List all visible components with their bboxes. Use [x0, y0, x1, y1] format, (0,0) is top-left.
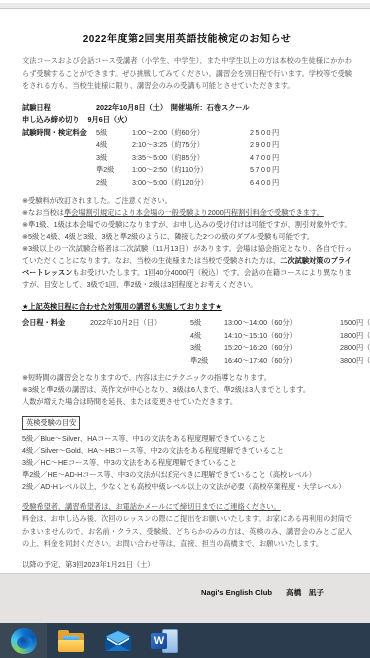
next-exam-line: 以降の予定、第3回2023年1月21日（土） — [22, 559, 352, 571]
time-cell: 3:35～5:00（約85分） — [132, 152, 250, 165]
fee-cell: 2500円 — [250, 127, 281, 140]
course-table-row: 会日程・料金 2022年10月2日（日） 5級 13:00～14:00（60分）… — [22, 317, 352, 330]
level-cell: 3級 — [190, 342, 224, 355]
contact-line: 受験希望者、講習希望者は、お電話かメールにて締切日までにご連絡ください。 — [22, 501, 352, 513]
document-title: 2022年度第2回実用英語技能検定のお知らせ — [22, 33, 352, 46]
document-page[interactable]: 2022年度第2回実用英語技能検定のお知らせ 文法コースおよび会話コース受講者（… — [0, 9, 370, 573]
deadline-line: 申し込み締め切り 9月6日（火） — [22, 114, 352, 127]
time-cell: 1:00～2:00（約60分） — [132, 127, 250, 140]
exam-schedule-line: 試験日程 2022年10月8日（土） 開催場所：石巻スクール — [22, 102, 352, 115]
exam-schedule-label: 試験日程 — [22, 102, 96, 115]
note-fee-revised: ※受験料が改訂されました。ご注意ください。 — [22, 195, 352, 207]
fee-cell: 4700円 — [250, 152, 281, 165]
guide-heading: 英検受験の目安 — [22, 416, 80, 430]
fee-table-label: 試験時間・検定料金 — [22, 127, 96, 140]
payment-paragraph: 料金は、お申し込み後、次回のレッスンの際にご提出をお願いいたします。お家にある再… — [22, 513, 352, 551]
fee-cell: 5700円 — [250, 164, 281, 177]
fee-table-row: 準2級 1:00～2:50（約110分） 5700円 — [22, 164, 352, 177]
fee-cell: 3800円（税込） — [340, 355, 370, 368]
taskbar: W — [0, 623, 370, 658]
level-cell: 4級 — [96, 139, 132, 152]
fee-table-row: 4級 2:10～3:25（約75分） 2900円 — [22, 139, 352, 152]
mail-icon — [105, 630, 131, 652]
level-cell: 4級 — [190, 330, 224, 343]
time-cell: 1:00～2:50（約110分） — [132, 164, 250, 177]
note-secondary: ※3級以上の一次試験合格者は二次試験（11月13日）があります。会場は協会指定と… — [22, 243, 352, 291]
note-pre1: ※準1級、1級は本会場での受験になりますが、お申し込みの受け付けは可能ですが、割… — [22, 219, 352, 231]
note-double-exam: ※5級と4級、4級と3級、3級と準2級のように、隣接した2つの級のダブル受験も可… — [22, 231, 352, 243]
course-table-row: 3級 15:20～16:20（60分） 2800円（税込） — [22, 342, 352, 355]
taskbar-edge-button[interactable] — [0, 623, 47, 658]
level-cell: 2級 — [96, 177, 132, 190]
level-cell: 準2級 — [96, 164, 132, 177]
taskbar-mail-button[interactable] — [94, 623, 141, 658]
time-cell: 16:40～17:40（60分） — [224, 355, 340, 368]
edge-icon — [11, 628, 37, 654]
level-cell: 3級 — [96, 152, 132, 165]
course-note-3: 人数が増えた場合は時間を延長、または変更させていただきます。 — [22, 396, 352, 408]
time-cell: 2:10～3:25（約75分） — [132, 139, 250, 152]
note-discount-underlined: 準会場割引規定により本会場の一般受験より2000円程割引料金で受験できます。 — [64, 208, 324, 217]
fee-table-row: 試験時間・検定料金 5級 1:00～2:00（約60分） 2500円 — [22, 127, 352, 140]
fee-cell: 2800円（税込） — [340, 342, 370, 355]
level-cell: 5級 — [190, 317, 224, 330]
course-date: 2022年10月2日（日） — [90, 317, 190, 330]
note-discount: ※なお当校は準会場割引規定により本会場の一般受験より2000円程割引料金で受験で… — [22, 207, 352, 219]
file-explorer-icon — [58, 631, 84, 652]
course-note-2: ※3級と準2級の講習は、英作文が中心となり、3級は6人まで、準2級は3人までとし… — [22, 384, 352, 396]
word-icon: W — [151, 629, 178, 653]
guide-item: 2級／AD-Hレベル以上、少なくとも高校中級レベル以上の文法が必要（高校卒業程度… — [22, 481, 352, 493]
exam-schedule-value: 2022年10月8日（土） 開催場所：石巻スクール — [96, 102, 250, 115]
deadline-label: 申し込み締め切り — [22, 114, 80, 127]
note-discount-prefix: ※なお当校は — [22, 208, 64, 217]
intro-paragraph: 文法コースおよび会話コース受講者（小学生、中学生）、また中学生以上の方は本校の生… — [22, 55, 352, 93]
taskbar-word-button[interactable]: W — [141, 623, 188, 658]
fee-cell: 6400円 — [250, 177, 281, 190]
course-note-1: ※短時間の講習会となりますので、内容は主にテクニックの指導となります。 — [22, 372, 352, 384]
signature-club-name: Nagi's English Club — [201, 587, 272, 599]
fee-cell: 2900円 — [250, 139, 281, 152]
fee-cell: 1800円（税込） — [340, 330, 370, 343]
guide-item: 5級／Blue～Silver、HAコース等、中1の文法をある程度理解できているこ… — [22, 433, 352, 445]
course-schedule-label: 会日程・料金 — [22, 317, 90, 330]
time-cell: 15:20～16:20（60分） — [224, 342, 340, 355]
fee-table-row: 3級 3:35～5:00（約85分） 4700円 — [22, 152, 352, 165]
signature-person-name: 高橋 凪子 — [286, 587, 324, 599]
window-chrome-strip — [0, 0, 370, 9]
course-table-row: 準2級 16:40～17:40（60分） 3800円（税込） — [22, 355, 352, 368]
course-table-row: 4級 14:10～15:10（60分） 1800円（税込） — [22, 330, 352, 343]
time-cell: 14:10～15:10（60分） — [224, 330, 340, 343]
course-heading: ★上記英検日程に合わせた対策用の講習も実施しております★ — [22, 301, 352, 313]
guide-item: 4級／Silver～Gold、HA～HBコース等、中2の文法をある程度理解できて… — [22, 445, 352, 457]
taskbar-file-explorer-button[interactable] — [47, 623, 94, 658]
guide-item: 準2級／HE～AD-Hコース等、中3の文法がほぼ完ぺきに理解できていること（高校… — [22, 469, 352, 481]
guide-item: 3級／HC～HEコース等、中3の文法をある程度理解できていること — [22, 457, 352, 469]
level-cell: 準2級 — [190, 355, 224, 368]
deadline-value: 9月6日（火） — [88, 114, 132, 127]
time-cell: 13:00～14:00（60分） — [224, 317, 340, 330]
level-cell: 5級 — [96, 127, 132, 140]
time-cell: 3:00～5:00（約120分） — [132, 177, 250, 190]
fee-table-row: 2級 3:00～5:00（約120分） 6400円 — [22, 177, 352, 190]
fee-cell: 1500円（税込） — [340, 317, 370, 330]
